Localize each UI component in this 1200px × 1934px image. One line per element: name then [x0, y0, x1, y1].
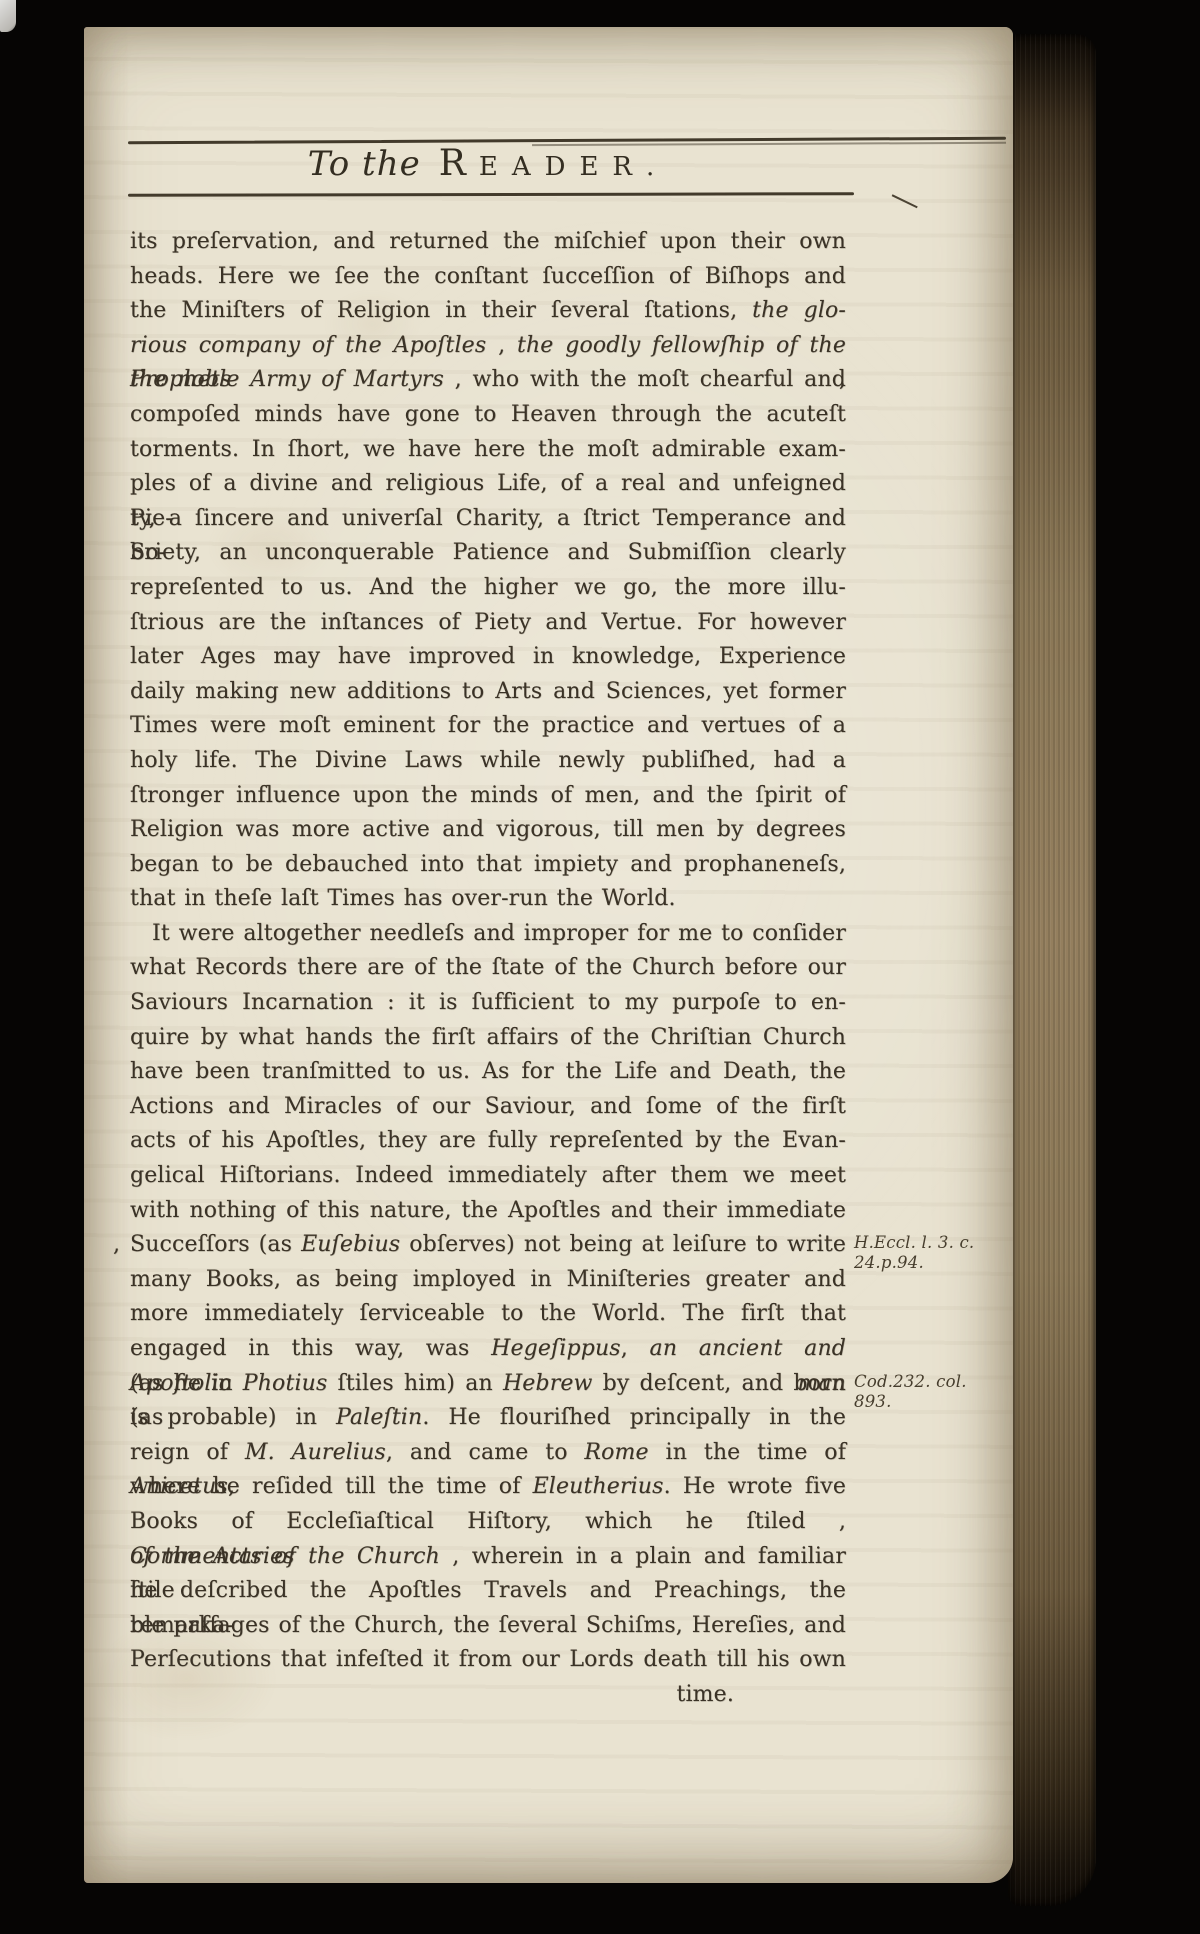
- text-line: ty, a ſincere and univerſal Charity, a ſ…: [130, 502, 846, 537]
- text-line: where he reſided till the time of Eleuth…: [130, 1470, 846, 1505]
- rule-end-tick: [891, 194, 917, 208]
- text-line: holy life. The Divine Laws while newly p…: [130, 744, 846, 779]
- text-line: the noble Army of Martyrs , who with the…: [130, 363, 846, 398]
- text-line: torments. In ſhort, we have here the moſ…: [130, 433, 846, 468]
- margin-note-line: 24.p.94.: [854, 1253, 1004, 1273]
- text-line: Religion was more active and vigorous, t…: [130, 813, 846, 848]
- hanging-comma: ,: [113, 1228, 120, 1263]
- margin-note: Cod.232. col.893.: [854, 1372, 1004, 1412]
- text-line: that in theſe laſt Times has over-run th…: [130, 882, 846, 917]
- text-line: Actions and Miracles of our Saviour, and…: [130, 1090, 846, 1125]
- text-line: daily making new additions to Arts and S…: [130, 675, 846, 710]
- text-line: Books of Eccleſiaſtical Hiſtory, which h…: [130, 1505, 846, 1540]
- text-line: acts of his Apoſtles, they are fully rep…: [130, 1124, 846, 1159]
- text-line: ples of a divine and religious Life, of …: [130, 467, 846, 502]
- margin-note: H.Eccl. l. 3. c.24.p.94.: [854, 1233, 1004, 1273]
- text-line: heads. Here we ſee the conſtant ſucceſſi…: [130, 260, 846, 295]
- text-line: what Records there are of the ſtate of t…: [130, 951, 846, 986]
- header-reader-rest: EADER.: [479, 152, 668, 182]
- text-line: began to be debauched into that impiety …: [130, 848, 846, 883]
- text-line: rious company of the Apoſtles , the good…: [130, 329, 846, 364]
- text-line: is probable) in Paleſtin. He flouriſhed …: [130, 1401, 846, 1436]
- text-line: more immediately ſerviceable to the Worl…: [130, 1297, 846, 1332]
- text-line: of the Acts of the Church , wherein in a…: [130, 1540, 846, 1575]
- text-line: compoſed minds have gone to Heaven throu…: [130, 398, 846, 433]
- book-fore-edge: [1008, 34, 1096, 1906]
- text-line: ſtrious are the inſtances of Piety and V…: [130, 606, 846, 641]
- margin-note-line: 893.: [854, 1392, 1004, 1412]
- text-line: It were altogether needleſs and improper…: [130, 917, 846, 952]
- book-page: To theREADER. its preſervation, and retu…: [84, 27, 1013, 1883]
- text-line: its preſervation, and returned the miſch…: [130, 225, 846, 260]
- text-line: quire by what hands the firſt affairs of…: [130, 1021, 846, 1056]
- header-reader-initial: R: [439, 143, 479, 184]
- scan-corner-artifact: [0, 0, 16, 32]
- text-line: ,Succeſſors (as Euſebius obſerves) not b…: [130, 1228, 846, 1263]
- header-rule-bottom: [128, 192, 854, 196]
- text-line: gelical Hiſtorians. Indeed immediately a…: [130, 1159, 846, 1194]
- header-to-the: To the: [308, 144, 421, 184]
- text-line: later Ages may have improved in knowledg…: [130, 640, 846, 675]
- margin-note-line: H.Eccl. l. 3. c.: [854, 1233, 1004, 1253]
- text-line: ſtronger influence upon the minds of men…: [130, 779, 846, 814]
- text-line: he deſcribed the Apoſtles Travels and Pr…: [130, 1574, 846, 1609]
- book-scan: To theREADER. its preſervation, and retu…: [0, 0, 1200, 1934]
- text-line: Saviours Incarnation : it is ſufficient …: [130, 986, 846, 1021]
- text-line: the Miniſters of Religion in their ſever…: [130, 294, 846, 329]
- page-header: To theREADER.: [130, 143, 846, 184]
- text-line: many Books, as being imployed in Miniſte…: [130, 1263, 846, 1298]
- text-line: repreſented to us. And the higher we go,…: [130, 571, 846, 606]
- text-line: have been tranſmitted to us. As for the …: [130, 1055, 846, 1090]
- text-line: (as he in Photius ſtiles him) an Hebrew …: [130, 1367, 846, 1402]
- text-line: reign of M. Aurelius, and came to Rome i…: [130, 1436, 846, 1471]
- text-line: Times were moſt eminent for the practice…: [130, 709, 846, 744]
- text-line: briety, an unconquerable Patience and Su…: [130, 536, 846, 571]
- text-line: time.: [130, 1678, 846, 1713]
- text-line: with nothing of this nature, the Apoſtle…: [130, 1194, 846, 1229]
- text-line: ble paſſages of the Church, the ſeveral …: [130, 1609, 846, 1644]
- margin-note-line: Cod.232. col.: [854, 1372, 1004, 1392]
- text-line: Perſecutions that infeſted it from our L…: [130, 1643, 846, 1678]
- text-line: engaged in this way, was Hegeſippus, an …: [130, 1332, 846, 1367]
- text-block: its preſervation, and returned the miſch…: [130, 225, 846, 1713]
